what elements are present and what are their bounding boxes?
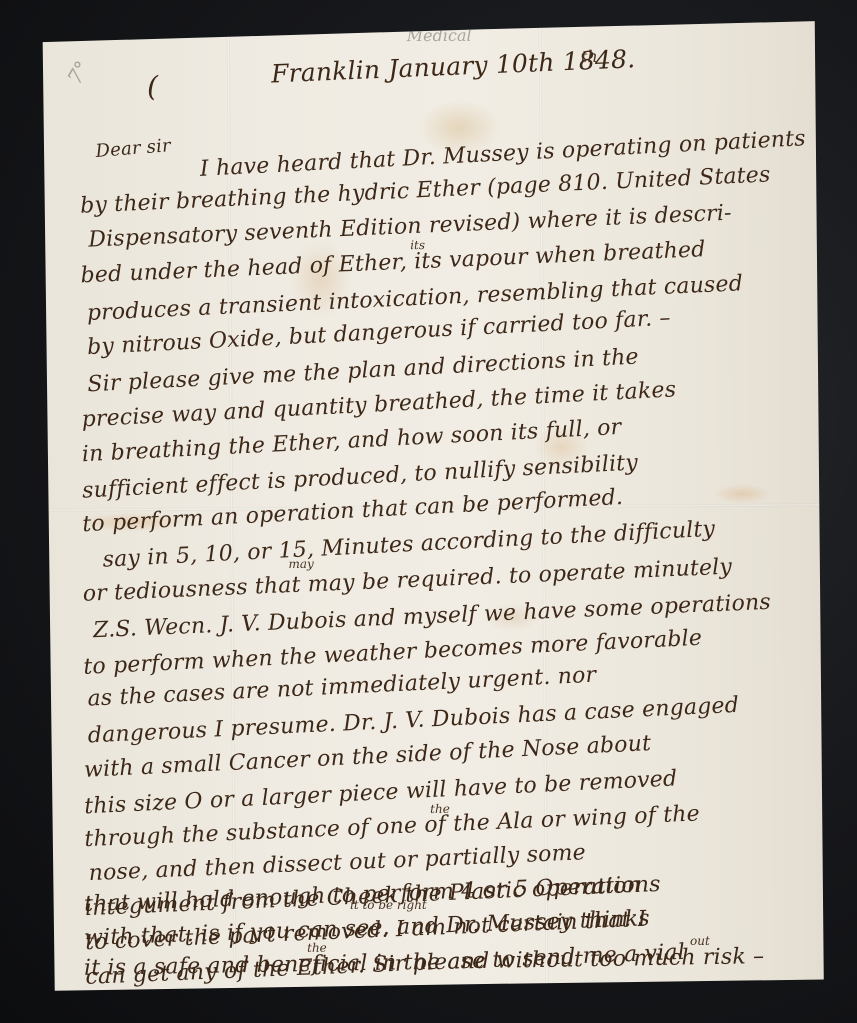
insertion-date-suffix: th bbox=[581, 47, 598, 66]
insertion-its: its bbox=[410, 238, 425, 252]
pencil-category-note: Medical bbox=[407, 26, 472, 45]
insertion-the-ala: the bbox=[430, 802, 450, 816]
ink-flourish: ( bbox=[147, 70, 158, 103]
insertion-the-ether: the bbox=[307, 941, 327, 955]
pencil-corner-mark: 7° bbox=[62, 57, 94, 89]
insertion-may: may bbox=[288, 557, 313, 571]
salutation: Dear sir bbox=[95, 135, 172, 162]
letter-sheet: 7° Medical Franklin January 10th 1848. (… bbox=[39, 15, 826, 992]
